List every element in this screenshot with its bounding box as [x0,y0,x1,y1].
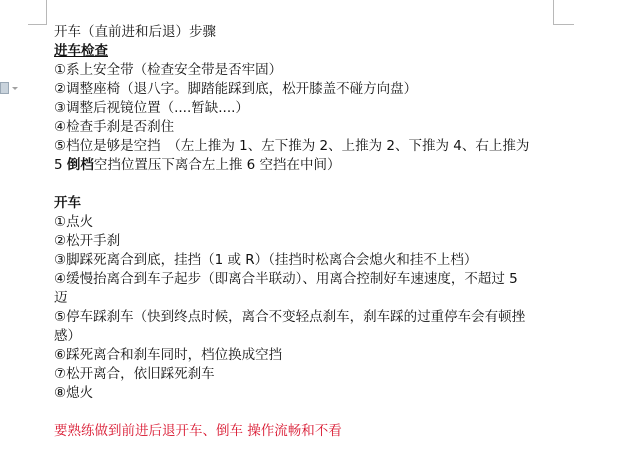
gear-number: 5 [54,157,67,173]
practice-note: 要熟练做到前进后退开车、倒车 操作流畅和不看 [54,422,554,441]
list-item: ⑧熄火 [54,384,554,403]
list-item: ③调整后视镜位置（....暂缺....） [54,99,554,118]
list-item-continuation: 迈 [54,289,554,308]
document-title: 开车（直前进和后退）步骤 [54,23,554,42]
list-item: ①点火 [54,213,554,232]
page-corner-mark-top-left [28,0,47,25]
paste-options-icon[interactable] [0,81,20,95]
list-item: ⑤停车踩刹车（快到终点时候，离合不变轻点刹车，刹车踩的过重停车会有顿挫 [54,308,554,327]
dropdown-arrow-icon [12,87,18,90]
list-item-continuation: 5 倒档空挡位置压下离合左上推 6 空挡在中间） [54,156,554,175]
list-item-continuation: 感） [54,327,554,346]
blank-line [54,175,554,194]
list-item: ①系上安全带（检查安全带是否牢固） [54,61,554,80]
gear-description: 空挡位置压下离合左上推 6 空挡在中间） [94,157,341,173]
clipboard-icon [0,82,9,94]
document-body[interactable]: 开车（直前进和后退）步骤 进车检查 ①系上安全带（检查安全带是否牢固） ②调整座… [54,23,554,441]
list-item: ⑦松开离合，依旧踩死刹车 [54,365,554,384]
list-item: ⑥踩死离合和刹车同时，档位换成空挡 [54,346,554,365]
reverse-gear-label: 倒档 [67,157,94,173]
list-item: ②调整座椅（退八字。脚踏能踩到底，松开膝盖不碰方向盘） [54,80,554,99]
list-item: ⑤档位是够是空挡 （左上推为 1、左下推为 2、上推为 2、下推为 4、右上推为 [54,137,554,156]
section-heading-check: 进车检查 [54,42,554,61]
section-heading-drive: 开车 [54,194,554,213]
page-corner-mark-top-right [553,0,574,25]
list-item: ④检查手刹是否刹住 [54,118,554,137]
list-item: ④缓慢抬离合到车子起步（即离合半联动）、用离合控制好车速速度，不超过 5 [54,270,554,289]
blank-line [54,403,554,422]
list-item: ③脚踩死离合到底，挂挡（1 或 R）（挂挡时松离合会熄火和挂不上档） [54,251,554,270]
list-item: ②松开手刹 [54,232,554,251]
